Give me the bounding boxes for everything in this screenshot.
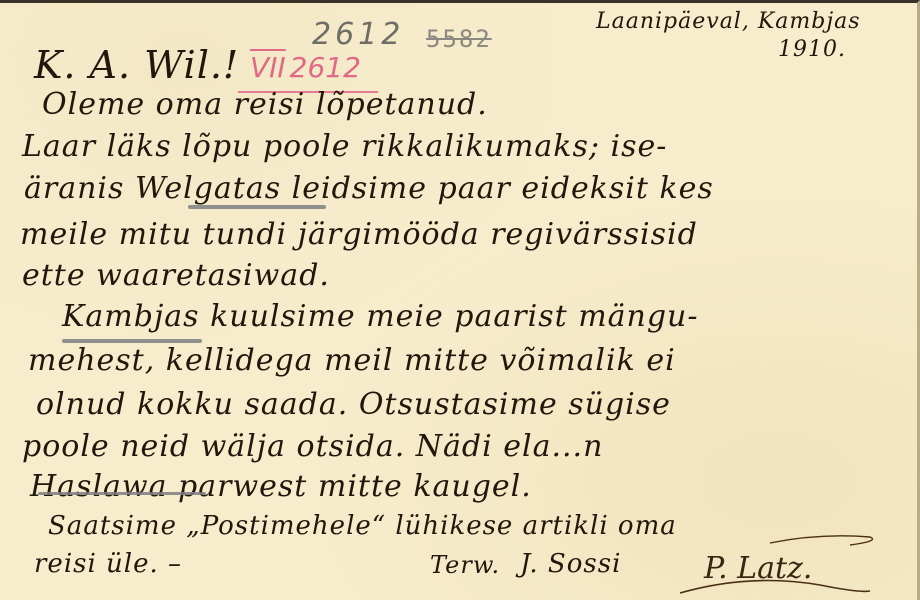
salutation: K. A. Wil.! (34, 43, 239, 87)
archive-number-pencil: 2612 (312, 17, 404, 52)
archive-number-red: VII2612 (250, 51, 361, 84)
underline-haslawa (38, 492, 206, 495)
body-line-9: poole neid wälja otsida. Nädi ela...n (22, 429, 603, 464)
place-date-line-1: Laanipäeval, Kambjas (596, 9, 861, 34)
signature-sossi: J. Sossi (520, 549, 621, 579)
archive-number-struck: 5582 (426, 25, 492, 53)
postcard: K. A. Wil.! 2612 5582 VII2612 Laanipäeva… (0, 0, 920, 600)
body-line-1: Oleme oma reisi lõpetanud. (42, 87, 488, 122)
signature-flourish (670, 523, 890, 600)
body-line-5: ette waaretasiwad. (22, 258, 330, 293)
body-line-2: Laar läks lõpu poole rikkalikumaks; ise- (22, 129, 667, 164)
body-line-12: reisi üle. – (34, 549, 182, 579)
closing-greeting: Terw. (430, 551, 500, 579)
body-line-10: Haslawa parwest mitte kaugel. (30, 469, 532, 504)
archive-red-number: 2612 (290, 51, 361, 84)
body-line-7: mehest, kellidega meil mitte võimalik ei (28, 343, 676, 378)
body-line-3: äranis Welgatas leidsime paar eideksit k… (24, 171, 714, 206)
place-date-line-2: 1910. (778, 37, 846, 62)
body-line-8: olnud kokku saada. Otsustasime sügise (36, 387, 671, 422)
body-line-4: meile mitu tundi järgimööda regivärssisi… (20, 217, 698, 252)
underline-welgatas (188, 205, 326, 209)
body-line-11: Saatsime „Postimehele“ lühikese artikli … (48, 511, 677, 541)
body-line-6: Kambjas kuulsime meie paarist mängu- (62, 299, 699, 334)
archive-red-roman: VII (250, 51, 286, 84)
